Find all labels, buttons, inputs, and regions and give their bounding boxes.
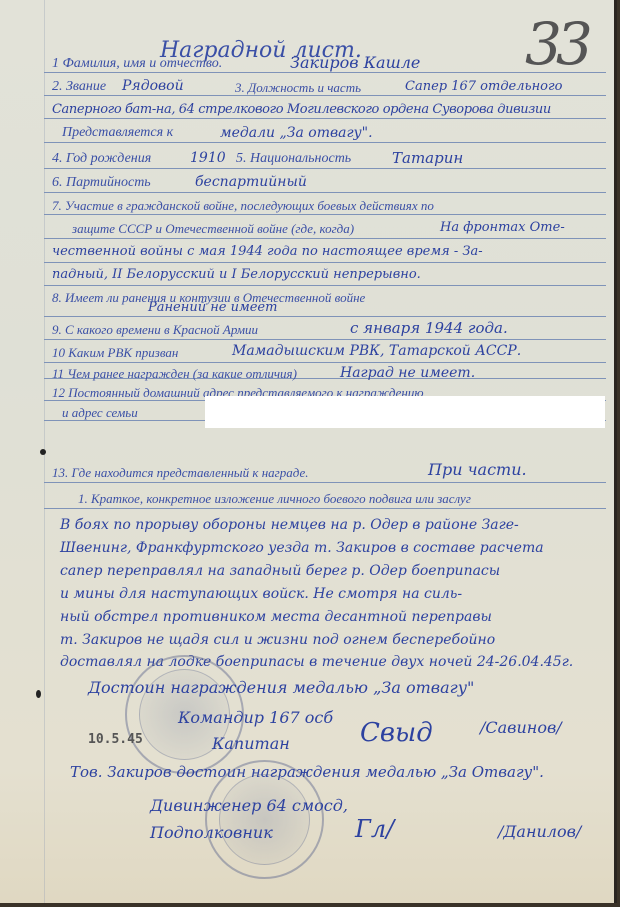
field-3-value-line1: Сапер 167 отдельного <box>405 79 562 94</box>
ruled-line <box>44 142 606 143</box>
feat-header: 1. Краткое, конкретное изложение личного… <box>78 491 471 507</box>
div-engineer-rank: Подполковник <box>150 823 273 842</box>
field-7-value-b: чественной войны с мая 1944 года по наст… <box>52 244 483 259</box>
field-7-value-a: На фронтах Оте- <box>440 220 565 235</box>
field-6-label: 6. Партийность <box>52 175 151 191</box>
ruled-line <box>44 339 606 340</box>
punch-hole <box>36 690 41 698</box>
narrative-line: Швенинг, Франкфуртского уезда т. Закиров… <box>60 540 544 556</box>
archive-number: 33 <box>525 10 587 78</box>
ruled-line <box>44 482 606 483</box>
commander-name: /Савинов/ <box>480 718 562 737</box>
commander-rank: Капитан <box>212 734 290 753</box>
ruled-line <box>44 316 606 317</box>
ruled-line <box>44 508 606 509</box>
field-7-label-line2: защите СССР и Отечественной войне (где, … <box>72 221 354 237</box>
ruled-line <box>44 118 606 119</box>
narrative-line: доставлял на лодке боеприпасы в течение … <box>60 654 573 670</box>
narrative-line: т. Закиров не щадя сил и жизни под огнем… <box>60 632 495 648</box>
field-10-value: Мамадышским РВК, Татарской АССР. <box>232 343 521 359</box>
field-11-value: Наград не имеет. <box>340 365 475 381</box>
field-7-label-line1: 7. Участие в гражданской войне, последую… <box>52 198 434 214</box>
field-4-label: 4. Год рождения <box>52 151 151 167</box>
field-7-value-c: падный, II Белорусский и I Белорусский н… <box>52 267 421 282</box>
date-stamp: 10.5.45 <box>88 732 143 747</box>
ruled-line <box>44 238 606 239</box>
recommendation: Достоин награждения медалью „За отвагу" <box>88 678 474 697</box>
field-5-label: 5. Национальность <box>236 151 351 167</box>
nominated-value: медали „За отвагу". <box>220 125 373 141</box>
div-engineer-signature: Гл/ <box>355 815 394 843</box>
commander-title: Командир 167 осб <box>178 708 333 727</box>
field-5-value: Татарин <box>392 149 463 167</box>
field-13-value: При части. <box>428 460 527 479</box>
field-3-value-line2: Саперного бат-на, 64 стрелкового Могилев… <box>52 102 551 117</box>
nominated-label: Представляется к <box>62 125 173 141</box>
field-2-label: 2. Звание <box>52 79 106 95</box>
commander-signature: Свыд <box>360 718 433 748</box>
ruled-line <box>44 168 606 169</box>
field-3-label: 3. Должность и часть <box>235 80 361 96</box>
field-4-value: 1910 <box>190 150 226 166</box>
div-engineer-title: Дивинженер 64 смосд, <box>150 796 348 815</box>
field-10-label: 10 Каким РВК призван <box>52 345 178 361</box>
field-6-value: беспартийный <box>195 174 307 190</box>
approval-text: Тов. Закиров достоин награждения медалью… <box>70 763 544 781</box>
redacted-address <box>205 396 605 428</box>
narrative-line: и мины для наступающих войск. Не смотря … <box>60 586 462 602</box>
ruled-line <box>44 214 606 215</box>
field-1-label: 1 Фамилия, имя и отчество. <box>52 56 222 72</box>
narrative-line: ный обстрел противником места десантной … <box>60 609 492 625</box>
field-13-label: 13. Где находится представленный к награ… <box>52 465 308 481</box>
narrative-line: В боях по прорыву обороны немцев на р. О… <box>60 517 519 533</box>
field-11-label: 11 Чем ранее награжден (за какие отличия… <box>52 366 297 382</box>
div-engineer-name: /Данилов/ <box>498 822 581 841</box>
ruled-line <box>44 362 606 363</box>
field-8-value: Ранений не имеет <box>148 300 277 315</box>
ruled-line <box>44 262 606 263</box>
ruled-line <box>44 72 606 73</box>
punch-hole <box>40 449 46 455</box>
field-1-value: Закиров Кашле <box>290 53 420 72</box>
field-2-value: Рядовой <box>122 78 184 94</box>
field-9-value: с января 1944 года. <box>350 319 508 337</box>
ruled-line <box>44 285 606 286</box>
narrative-line: сапер переправлял на западный берег р. О… <box>60 563 500 579</box>
field-9-label: 9. С какого времени в Красной Армии <box>52 322 258 338</box>
award-sheet: 33 Наградной лист. 1 Фамилия, имя и отче… <box>0 0 617 903</box>
ruled-line <box>44 192 606 193</box>
field-12-label-line2: и адрес семьи <box>62 405 138 421</box>
